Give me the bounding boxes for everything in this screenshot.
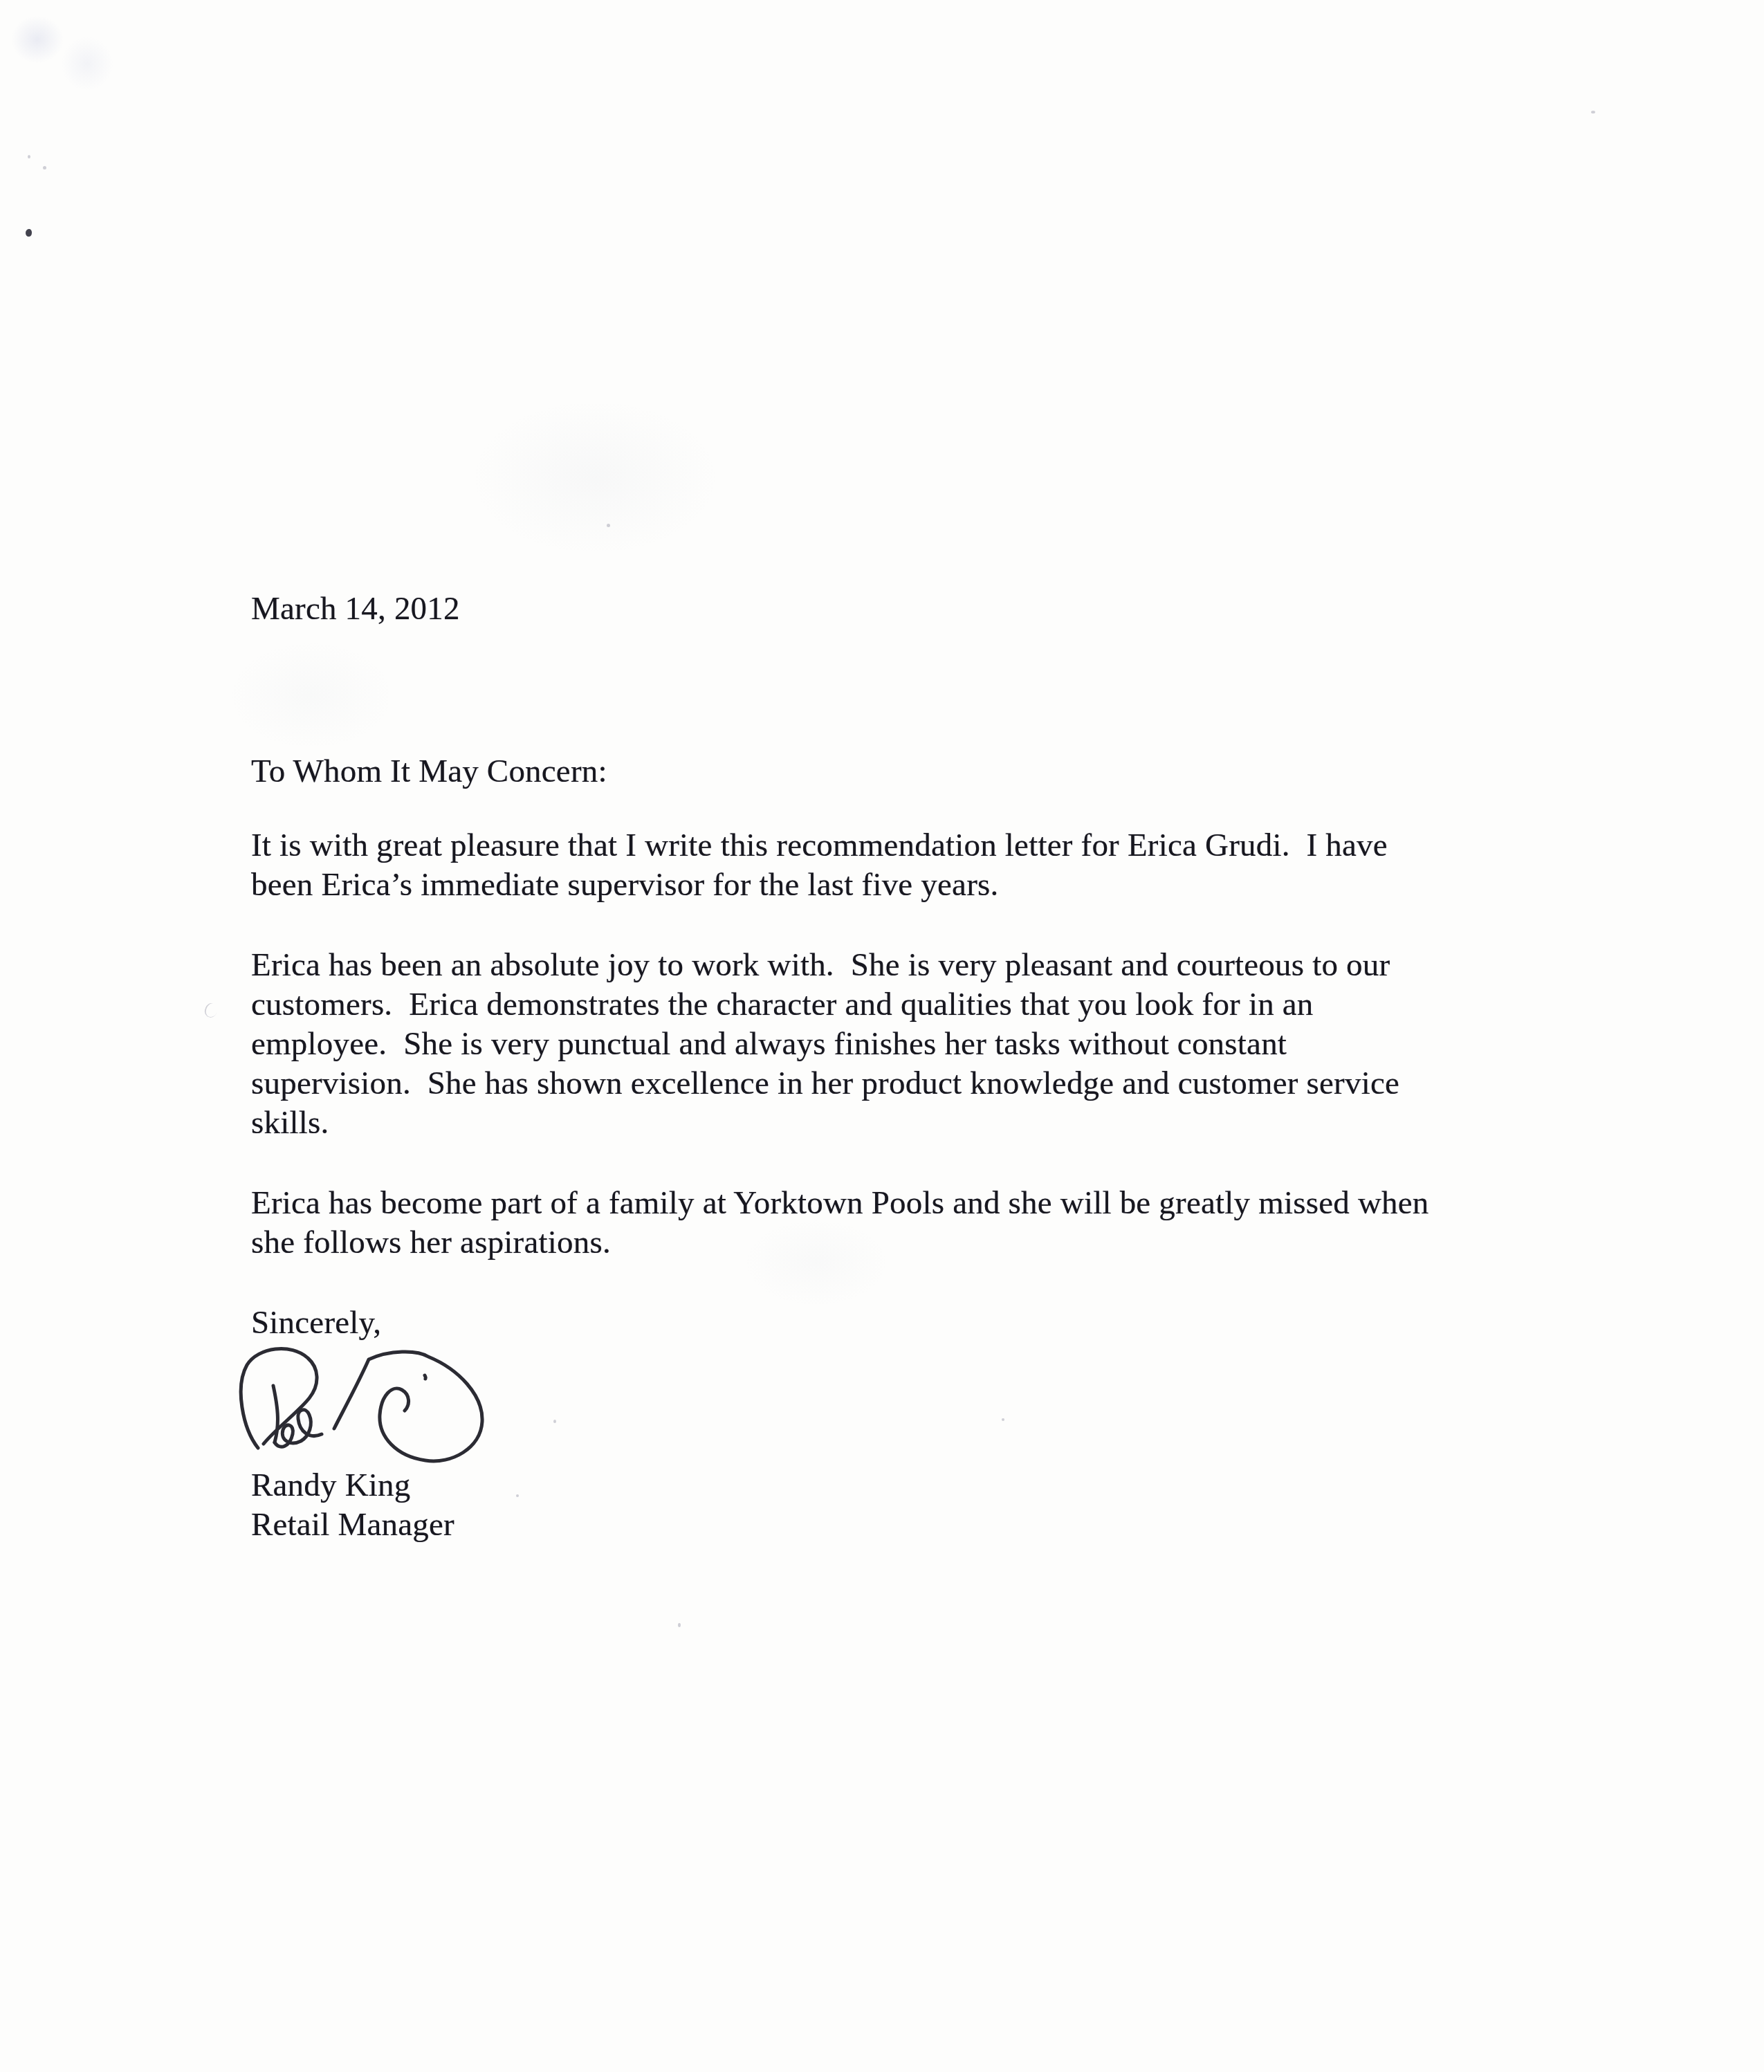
scan-speck [1002, 1418, 1004, 1421]
scan-speck [607, 524, 610, 527]
scan-speck [678, 1623, 681, 1627]
pencil-mark-artifact [203, 1002, 219, 1020]
paragraph-3-line-2: she follows her aspirations. [251, 1223, 1429, 1263]
paragraph-2-line-1: Erica has been an absolute joy to work w… [251, 946, 1399, 985]
paragraph-2: Erica has been an absolute joy to work w… [251, 946, 1399, 1143]
scan-speck [43, 166, 46, 169]
paragraph-3: Erica has become part of a family at Yor… [251, 1184, 1429, 1263]
paragraph-2-line-5: skills. [251, 1103, 1399, 1143]
paragraph-1-line-2: been Erica’s immediate supervisor for th… [251, 865, 1388, 905]
paragraph-2-line-2: customers. Erica demonstrates the charac… [251, 985, 1399, 1025]
scan-speck [553, 1420, 556, 1423]
paragraph-1: It is with great pleasure that I write t… [251, 826, 1388, 905]
scan-noise-corner [0, 6, 125, 102]
scan-speck [28, 155, 30, 158]
handwritten-signature [234, 1342, 497, 1470]
scanned-letter-page: March 14, 2012 To Whom It May Concern: I… [0, 0, 1764, 2072]
signer-title: Retail Manager [251, 1505, 454, 1545]
ink-dot-artifact [26, 229, 32, 237]
scan-speck [516, 1494, 519, 1497]
scan-haze [201, 623, 422, 768]
closing-salutation: Sincerely, [251, 1303, 381, 1343]
paragraph-3-line-1: Erica has become part of a family at Yor… [251, 1184, 1429, 1223]
salutation: To Whom It May Concern: [251, 752, 607, 791]
letter-date: March 14, 2012 [251, 589, 460, 629]
paragraph-2-line-3: employee. She is very punctual and alway… [251, 1025, 1399, 1064]
paragraph-1-line-1: It is with great pleasure that I write t… [251, 826, 1388, 865]
signer-name: Randy King [251, 1466, 410, 1505]
scan-speck [1591, 111, 1595, 113]
paragraph-2-line-4: supervision. She has shown excellence in… [251, 1064, 1399, 1103]
scan-haze [429, 374, 761, 581]
